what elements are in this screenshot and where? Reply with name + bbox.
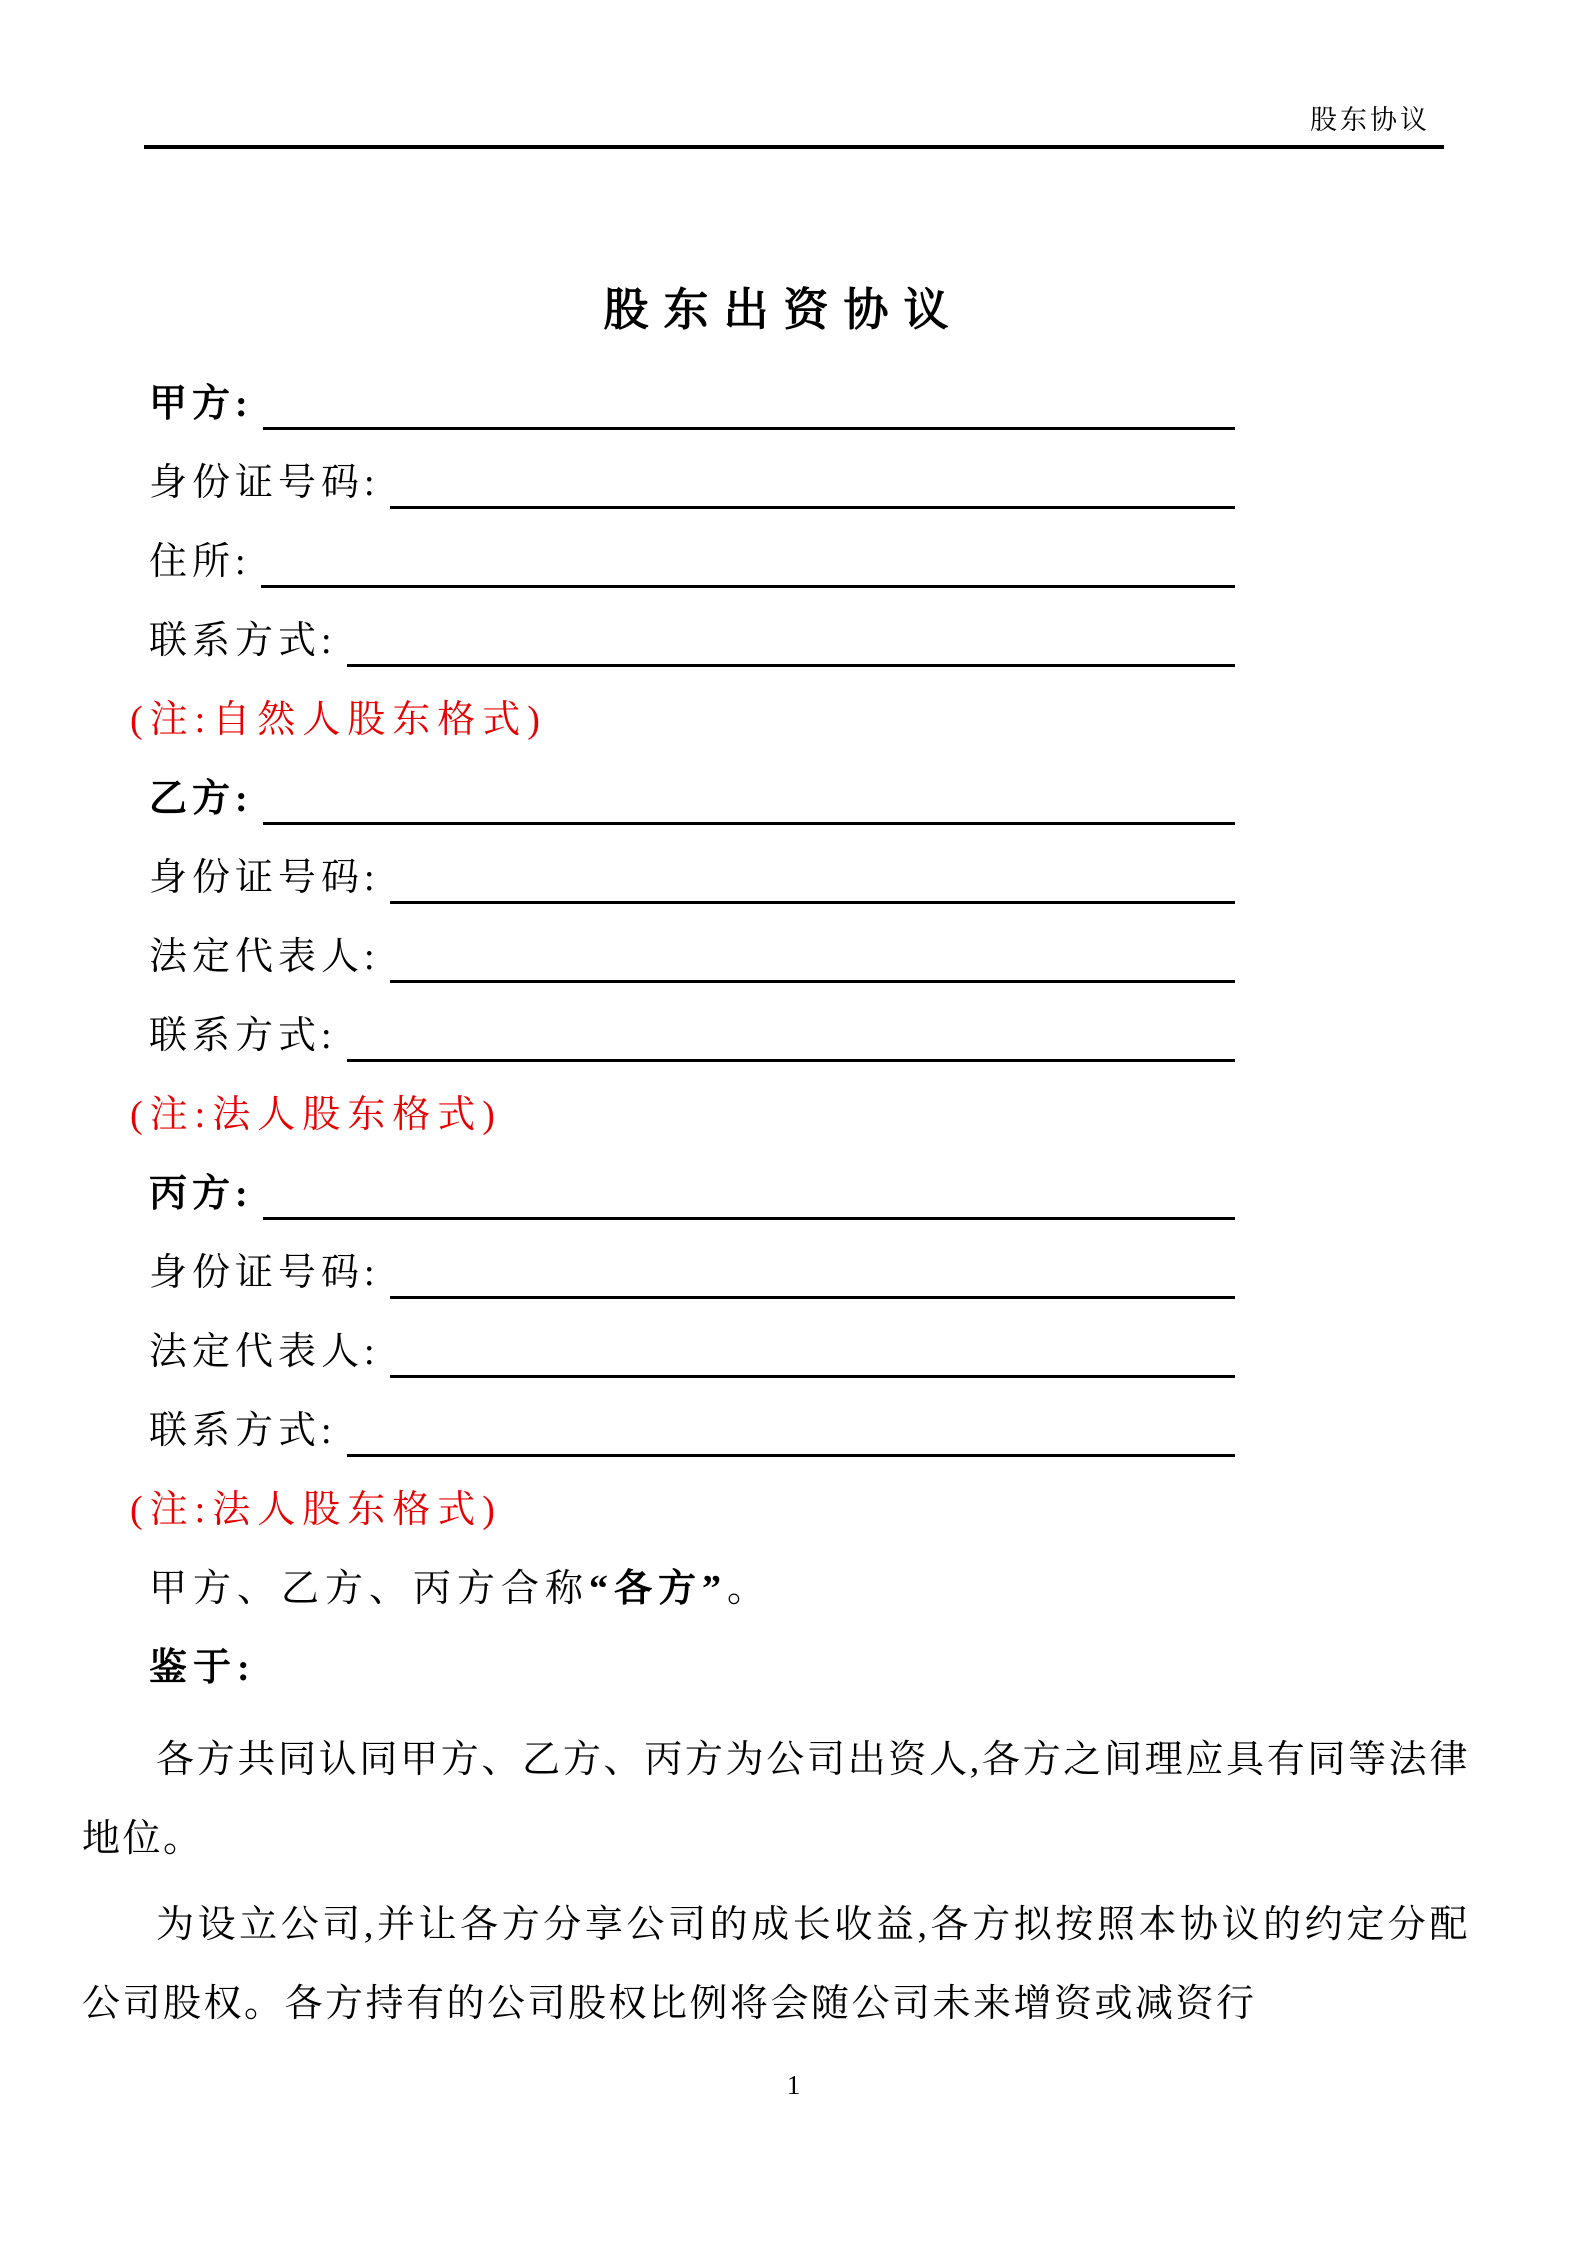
fill-in-blank[interactable] [390, 1326, 1235, 1378]
field-label-id-number: 身份证号码: [149, 852, 380, 904]
note-legal-person-format: (注:法人股东格式) [130, 1089, 1470, 1141]
page-header: 股东协议 [144, 0, 1444, 149]
field-row-party-b: 乙方: [149, 773, 1235, 825]
document-body: 股东出资协议 甲方: 身份证号码: 住所: 联系方式: (注:自然人股东格式) [82, 150, 1470, 2051]
field-label-id-number: 身份证号码: [149, 457, 380, 509]
document-page: 股东协议 股东出资协议 甲方: 身份证号码: 住所: 联系方式: (注:自然人股… [0, 0, 1587, 2245]
field-label-contact: 联系方式: [149, 615, 337, 667]
field-row-legal-representative: 法定代表人: [149, 1326, 1235, 1378]
parties-statement-term: “各方” [589, 1568, 727, 1610]
page-number: 1 [0, 2070, 1587, 2101]
fill-in-blank[interactable] [347, 1010, 1235, 1062]
field-label-legal-representative: 法定代表人: [149, 1326, 380, 1378]
field-row-contact: 联系方式: [149, 1405, 1235, 1457]
fill-in-blank[interactable] [261, 536, 1235, 588]
document-title: 股东出资协议 [82, 280, 1470, 340]
fill-in-blank[interactable] [390, 931, 1235, 983]
fill-in-blank[interactable] [263, 773, 1235, 825]
note-natural-person-format: (注:自然人股东格式) [130, 694, 1470, 746]
field-row-id-number: 身份证号码: [149, 1247, 1235, 1299]
field-label-party-b: 乙方: [149, 773, 253, 825]
fill-in-blank[interactable] [347, 615, 1235, 667]
fill-in-blank[interactable] [263, 378, 1235, 430]
field-row-legal-representative: 法定代表人: [149, 931, 1235, 983]
fill-in-blank[interactable] [390, 457, 1235, 509]
header-title: 股东协议 [144, 100, 1444, 145]
parties-statement-prefix: 甲方、乙方、丙方合称 [149, 1568, 589, 1610]
field-row-contact: 联系方式: [149, 1010, 1235, 1062]
field-label-contact: 联系方式: [149, 1010, 337, 1062]
field-label-contact: 联系方式: [149, 1405, 337, 1457]
paragraph-equity-allocation: 为设立公司,并让各方分享公司的成长收益,各方拟按照本协议的约定分配公司股权。各方… [82, 1886, 1470, 2044]
fill-in-blank[interactable] [263, 1168, 1235, 1220]
field-label-party-c: 丙方: [149, 1168, 253, 1220]
field-row-party-a: 甲方: [149, 378, 1235, 430]
paragraph-equal-status: 各方共同认同甲方、乙方、丙方为公司出资人,各方之间理应具有同等法律地位。 [82, 1721, 1470, 1879]
note-legal-person-format: (注:法人股东格式) [130, 1484, 1470, 1536]
field-label-party-a: 甲方: [149, 378, 253, 430]
fill-in-blank[interactable] [347, 1405, 1235, 1457]
fill-in-blank[interactable] [390, 852, 1235, 904]
form-rows: 甲方: 身份证号码: 住所: 联系方式: (注:自然人股东格式) 乙方: [82, 378, 1470, 2044]
parties-statement-suffix: 。 [727, 1568, 771, 1610]
field-row-id-number: 身份证号码: [149, 457, 1235, 509]
field-row-id-number: 身份证号码: [149, 852, 1235, 904]
field-row-address: 住所: [149, 536, 1235, 588]
field-label-address: 住所: [149, 536, 251, 588]
field-row-contact: 联系方式: [149, 615, 1235, 667]
field-row-party-c: 丙方: [149, 1168, 1235, 1220]
parties-collective-statement: 甲方、乙方、丙方合称“各方”。 [149, 1563, 1470, 1615]
field-label-legal-representative: 法定代表人: [149, 931, 380, 983]
whereas-heading: 鉴于: [149, 1642, 1470, 1694]
field-label-id-number: 身份证号码: [149, 1247, 380, 1299]
fill-in-blank[interactable] [390, 1247, 1235, 1299]
